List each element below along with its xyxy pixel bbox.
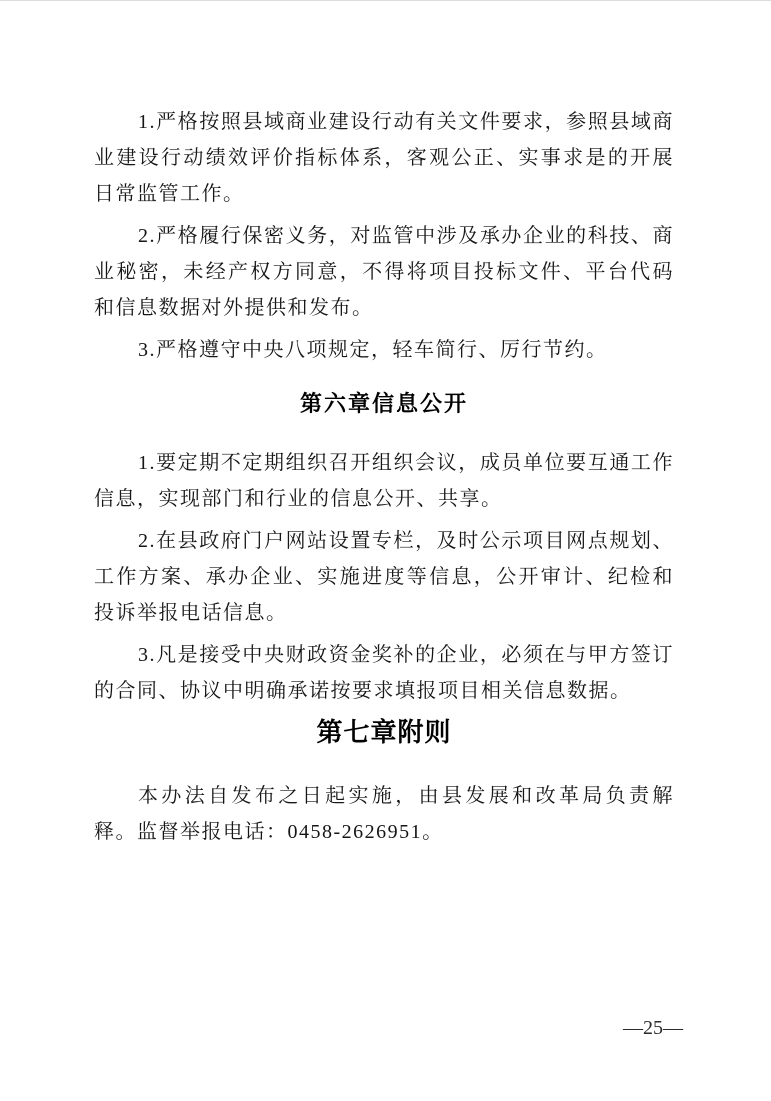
chapter-6-paragraph-1: 1.要定期不定期组织召开组织会议，成员单位要互通工作信息，实现部门和行业的信息公… (94, 445, 674, 517)
paragraph-supervision-1: 1.严格按照县域商业建设行动有关文件要求，参照县域商业建设行动绩效评价指标体系，… (94, 104, 674, 212)
paragraph-supervision-3: 3.严格遵守中央八项规定，轻车简行、厉行节约。 (94, 332, 674, 368)
chapter-6-paragraph-3: 3.凡是接受中央财政资金奖补的企业，必须在与甲方签订的合同、协议中明确承诺按要求… (94, 637, 674, 709)
page-number: —25— (623, 1015, 683, 1041)
chapter-6-heading: 第六章信息公开 (94, 389, 674, 419)
page-content: 1.严格按照县域商业建设行动有关文件要求，参照县域商业建设行动绩效评价指标体系，… (94, 104, 674, 850)
paragraph-supervision-2: 2.严格履行保密义务，对监管中涉及承办企业的科技、商业秘密，未经产权方同意，不得… (94, 218, 674, 326)
document-page: 1.严格按照县域商业建设行动有关文件要求，参照县域商业建设行动绩效评价指标体系，… (0, 0, 771, 1101)
chapter-7-paragraph-1: 本办法自发布之日起实施，由县发展和改革局负责解释。监督举报电话：0458-262… (94, 778, 674, 850)
chapter-7-heading: 第七章附则 (94, 715, 674, 749)
chapter-6-paragraph-2: 2.在县政府门户网站设置专栏，及时公示项目网点规划、工作方案、承办企业、实施进度… (94, 523, 674, 631)
